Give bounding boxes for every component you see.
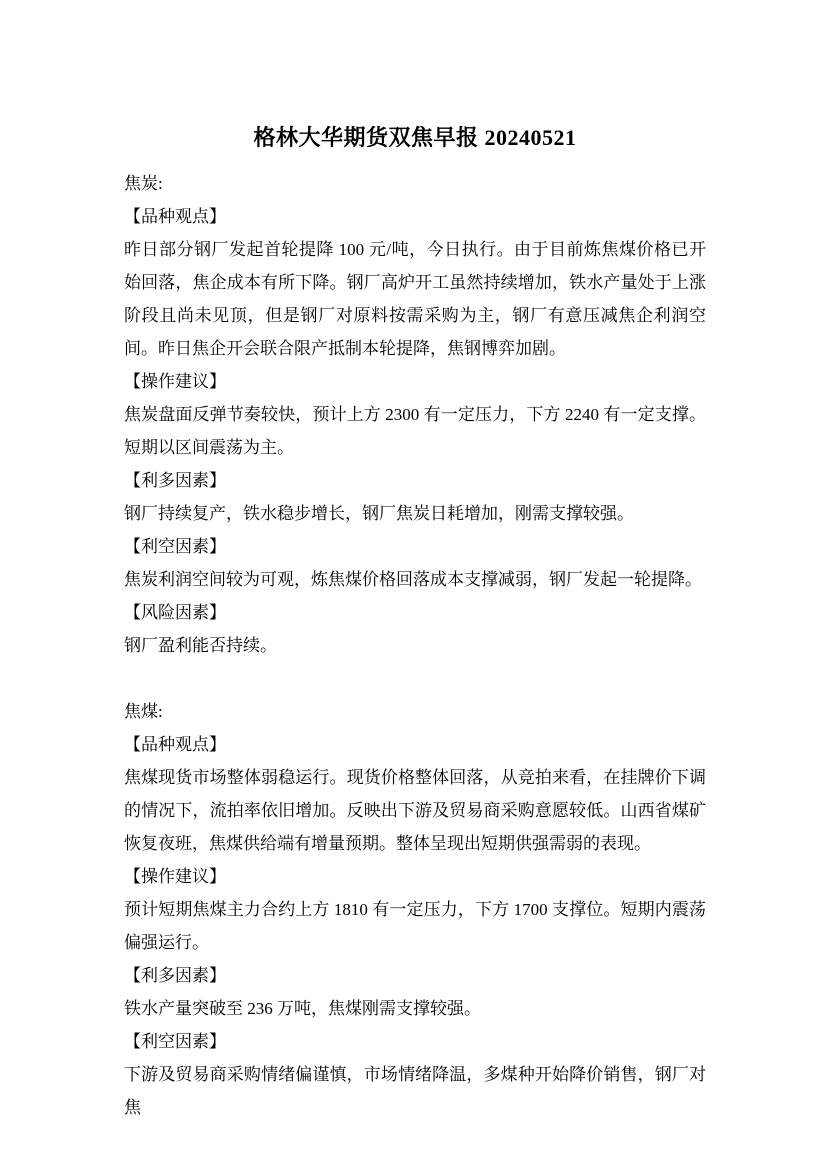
section-coking-coal-heading: 焦煤: — [124, 695, 706, 728]
block-label-operation-advice: 【操作建议】 — [124, 365, 706, 398]
section-coke: 焦炭: 【品种观点】 昨日部分钢厂发起首轮提降 100 元/吨，今日执行。由于目… — [124, 167, 706, 662]
block-label-bullish-factors: 【利多因素】 — [124, 464, 706, 497]
block-label-variety-view: 【品种观点】 — [124, 200, 706, 233]
coke-bullish-factors-block: 【利多因素】 钢厂持续复产，铁水稳步增长，钢厂焦炭日耗增加，刚需支撑较强。 — [124, 464, 706, 530]
block-text-bearish-factors: 焦炭利润空间较为可观，炼焦煤价格回落成本支撑减弱，钢厂发起一轮提降。 — [124, 563, 706, 596]
block-text-operation-advice: 预计短期焦煤主力合约上方 1810 有一定压力，下方 1700 支撑位。短期内震… — [124, 893, 706, 959]
coke-operation-advice-block: 【操作建议】 焦炭盘面反弹节奏较快，预计上方 2300 有一定压力，下方 224… — [124, 365, 706, 464]
block-text-bearish-factors: 下游及贸易商采购情绪偏谨慎，市场情绪降温，多煤种开始降价销售，钢厂对焦 — [124, 1058, 706, 1124]
coal-operation-advice-block: 【操作建议】 预计短期焦煤主力合约上方 1810 有一定压力，下方 1700 支… — [124, 860, 706, 959]
section-coking-coal: 焦煤: 【品种观点】 焦煤现货市场整体弱稳运行。现货价格整体回落，从竞拍来看，在… — [124, 695, 706, 1124]
coal-bullish-factors-block: 【利多因素】 铁水产量突破至 236 万吨，焦煤刚需支撑较强。 — [124, 959, 706, 1025]
block-label-risk-factors: 【风险因素】 — [124, 596, 706, 629]
block-label-bearish-factors: 【利空因素】 — [124, 530, 706, 563]
block-text-risk-factors: 钢厂盈利能否持续。 — [124, 629, 706, 662]
block-label-variety-view: 【品种观点】 — [124, 728, 706, 761]
block-label-bullish-factors: 【利多因素】 — [124, 959, 706, 992]
block-text-bullish-factors: 铁水产量突破至 236 万吨，焦煤刚需支撑较强。 — [124, 992, 706, 1025]
block-text-variety-view: 昨日部分钢厂发起首轮提降 100 元/吨，今日执行。由于目前炼焦煤价格已开始回落… — [124, 233, 706, 365]
block-text-operation-advice: 焦炭盘面反弹节奏较快，预计上方 2300 有一定压力，下方 2240 有一定支撑… — [124, 398, 706, 464]
report-document-page: 格林大华期货双焦早报 20240521 焦炭: 【品种观点】 昨日部分钢厂发起首… — [0, 0, 826, 1169]
coke-bearish-factors-block: 【利空因素】 焦炭利润空间较为可观，炼焦煤价格回落成本支撑减弱，钢厂发起一轮提降… — [124, 530, 706, 596]
coke-risk-factors-block: 【风险因素】 钢厂盈利能否持续。 — [124, 596, 706, 662]
section-coke-heading: 焦炭: — [124, 167, 706, 200]
block-text-bullish-factors: 钢厂持续复产，铁水稳步增长，钢厂焦炭日耗增加，刚需支撑较强。 — [124, 497, 706, 530]
coal-variety-view-block: 【品种观点】 焦煤现货市场整体弱稳运行。现货价格整体回落，从竞拍来看，在挂牌价下… — [124, 728, 706, 860]
coke-variety-view-block: 【品种观点】 昨日部分钢厂发起首轮提降 100 元/吨，今日执行。由于目前炼焦煤… — [124, 200, 706, 365]
block-text-variety-view: 焦煤现货市场整体弱稳运行。现货价格整体回落，从竞拍来看，在挂牌价下调的情况下，流… — [124, 761, 706, 860]
document-title: 格林大华期货双焦早报 20240521 — [124, 119, 706, 157]
coal-bearish-factors-block: 【利空因素】 下游及贸易商采购情绪偏谨慎，市场情绪降温，多煤种开始降价销售，钢厂… — [124, 1025, 706, 1124]
block-label-bearish-factors: 【利空因素】 — [124, 1025, 706, 1058]
block-label-operation-advice: 【操作建议】 — [124, 860, 706, 893]
